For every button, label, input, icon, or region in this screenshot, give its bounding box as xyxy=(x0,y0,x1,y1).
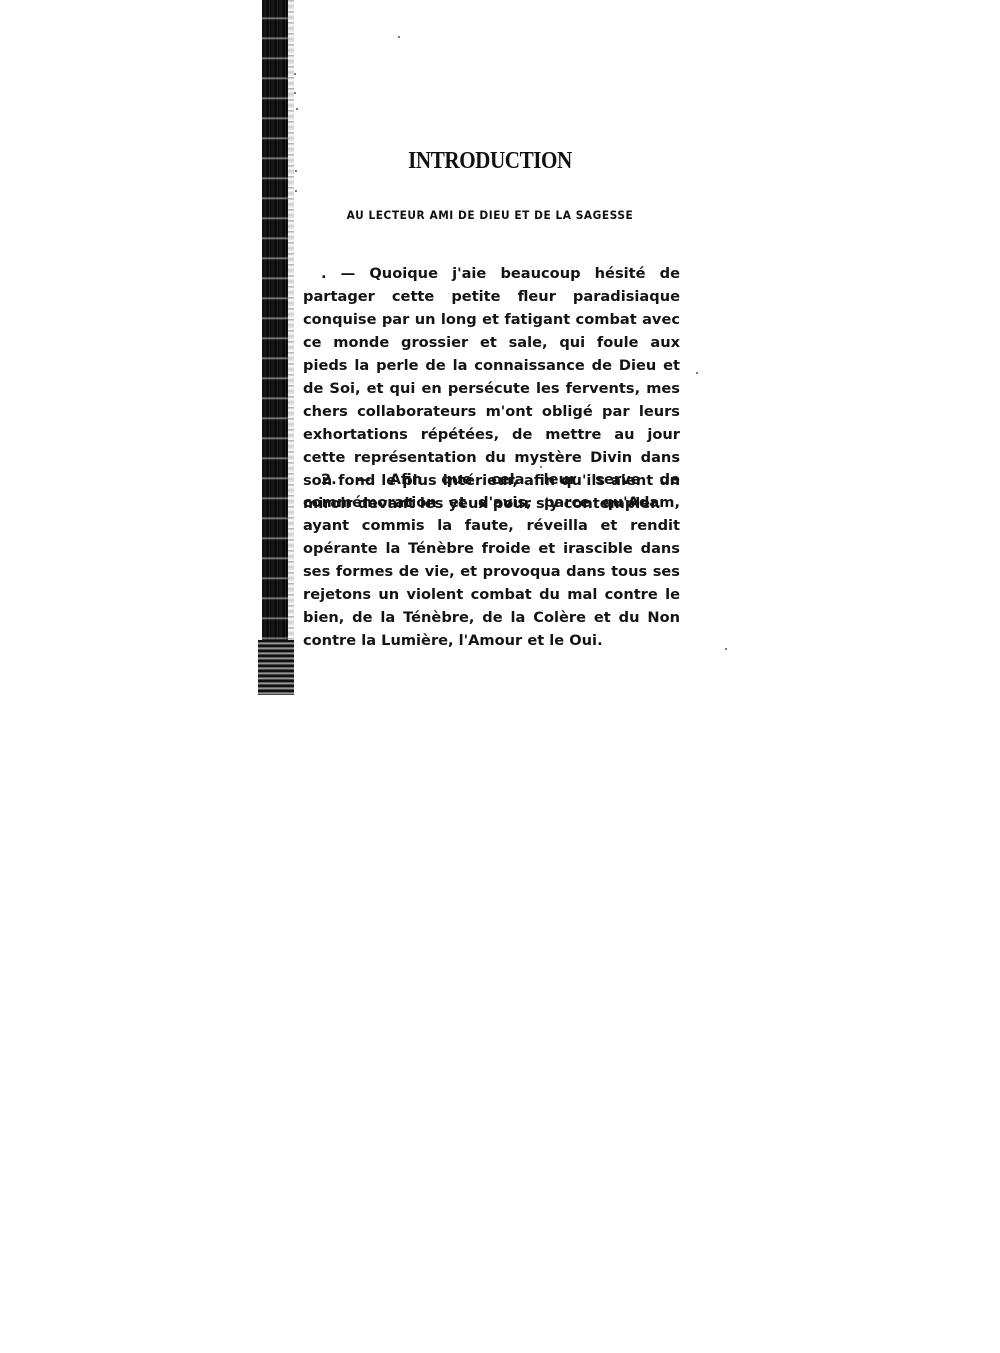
scan-speck xyxy=(294,92,296,94)
scan-speck xyxy=(398,36,400,38)
binding-shadow xyxy=(286,0,294,695)
scan-speck xyxy=(725,648,727,650)
scan-speck xyxy=(696,372,698,374)
binding-bottom xyxy=(258,640,294,695)
paragraph-2: 2. — Afin que cela leur serve de commémo… xyxy=(303,468,680,652)
page-title: INTRODUCTION xyxy=(323,148,657,175)
scan-speck xyxy=(296,108,298,110)
scan-speck xyxy=(294,73,296,75)
scan-speck xyxy=(295,190,297,192)
book-binding-edge xyxy=(262,0,288,695)
paragraph-text: 2. — Afin que cela leur serve de commémo… xyxy=(303,468,680,652)
page-subtitle: AU LECTEUR AMI DE DIEU ET DE LA SAGESSE xyxy=(315,208,665,222)
scan-speck xyxy=(295,170,297,172)
